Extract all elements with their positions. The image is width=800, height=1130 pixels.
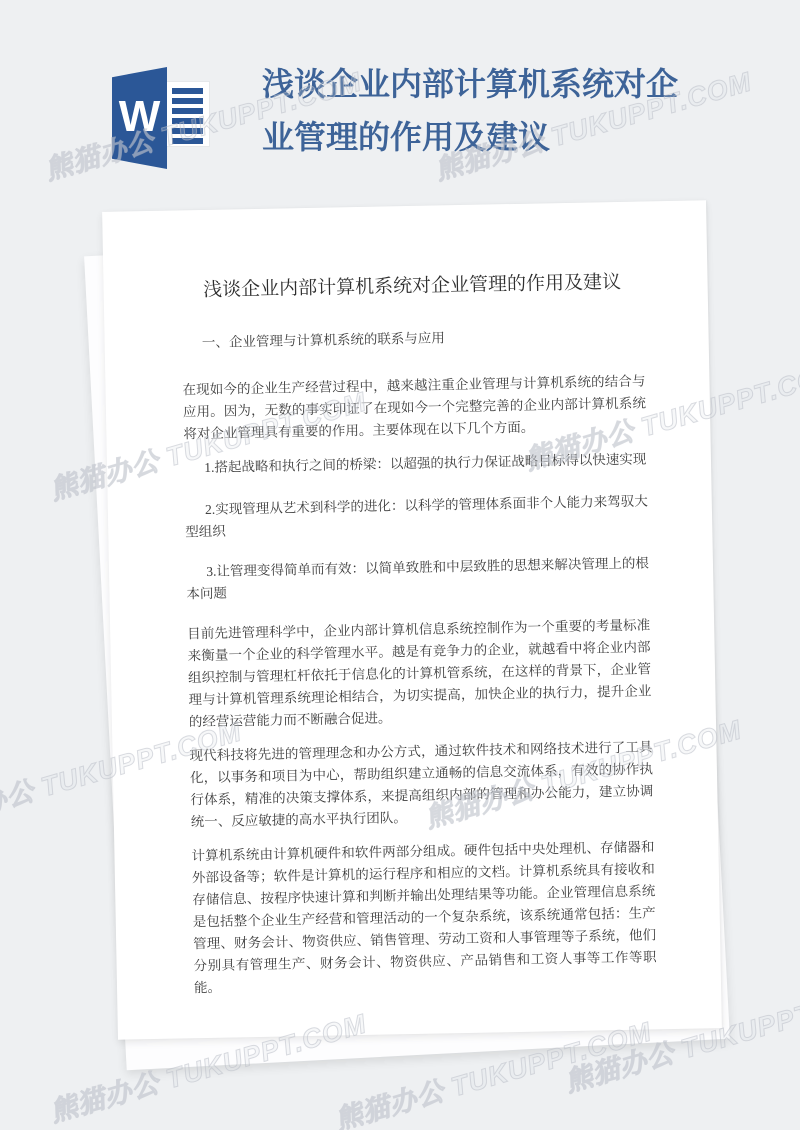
document-title-line1: 浅谈企业内部计算机系统对企: [262, 58, 732, 111]
word-icon-letter: W: [119, 95, 161, 139]
word-icon-line: [172, 108, 203, 114]
word-icon-line: [172, 88, 203, 94]
paragraph: 在现如今的企业生产经营过程中，越来越注重企业管理与计算机系统的结合与应用。因为，…: [182, 370, 646, 445]
document-title-line2: 业管理的作用及建议: [262, 111, 732, 164]
word-icon-line: [172, 138, 203, 144]
paragraph: 现代科技将先进的管理理念和办公方式，通过软件技术和网络技术进行了工具化，以事务和…: [189, 736, 654, 833]
list-item: 1.搭起战略和执行之间的桥梁：以超强的执行力保证战略目标得以快速实现: [184, 448, 647, 479]
word-icon-page: [163, 82, 209, 146]
list-item: 2.实现管理从艺术到科学的进化：以科学的管理体系面非个人能力来驾驭大型组织: [185, 490, 649, 543]
paper-main: 浅谈企业内部计算机系统对企业管理的作用及建议 一、企业管理与计算机系统的联系与应…: [102, 200, 722, 1039]
word-icon-line: [172, 98, 203, 104]
word-icon-line: [172, 118, 203, 124]
paragraph: 目前先进管理科学中，企业内部计算机信息系统控制作为一个重要的考量标准来衡量一个企…: [187, 614, 652, 733]
document-title-link[interactable]: 浅谈企业内部计算机系统对企 业管理的作用及建议: [262, 58, 732, 164]
word-icon-cover: W: [112, 67, 167, 169]
section-heading: 一、企业管理与计算机系统的联系与应用: [181, 323, 644, 354]
paper-content: 浅谈企业内部计算机系统对企业管理的作用及建议 一、企业管理与计算机系统的联系与应…: [102, 200, 722, 1039]
page-title: 浅谈企业内部计算机系统对企业管理的作用及建议: [180, 267, 643, 306]
list-item: 3.让管理变得简单而有效：以简单致胜和中层致胜的思想来解决管理上的根本问题: [186, 552, 650, 605]
word-file-icon[interactable]: W: [72, 60, 222, 172]
word-icon-line: [172, 128, 203, 134]
page-background: W 浅谈企业内部计算机系统对企 业管理的作用及建议 浅谈企业内部计算机系统对企业…: [0, 0, 800, 1130]
header: W 浅谈企业内部计算机系统对企 业管理的作用及建议: [0, 0, 800, 200]
paragraph: 计算机系统由计算机硬件和软件两部分组成。硬件包括中央处理机、存储器和外部设备等；…: [191, 836, 657, 999]
